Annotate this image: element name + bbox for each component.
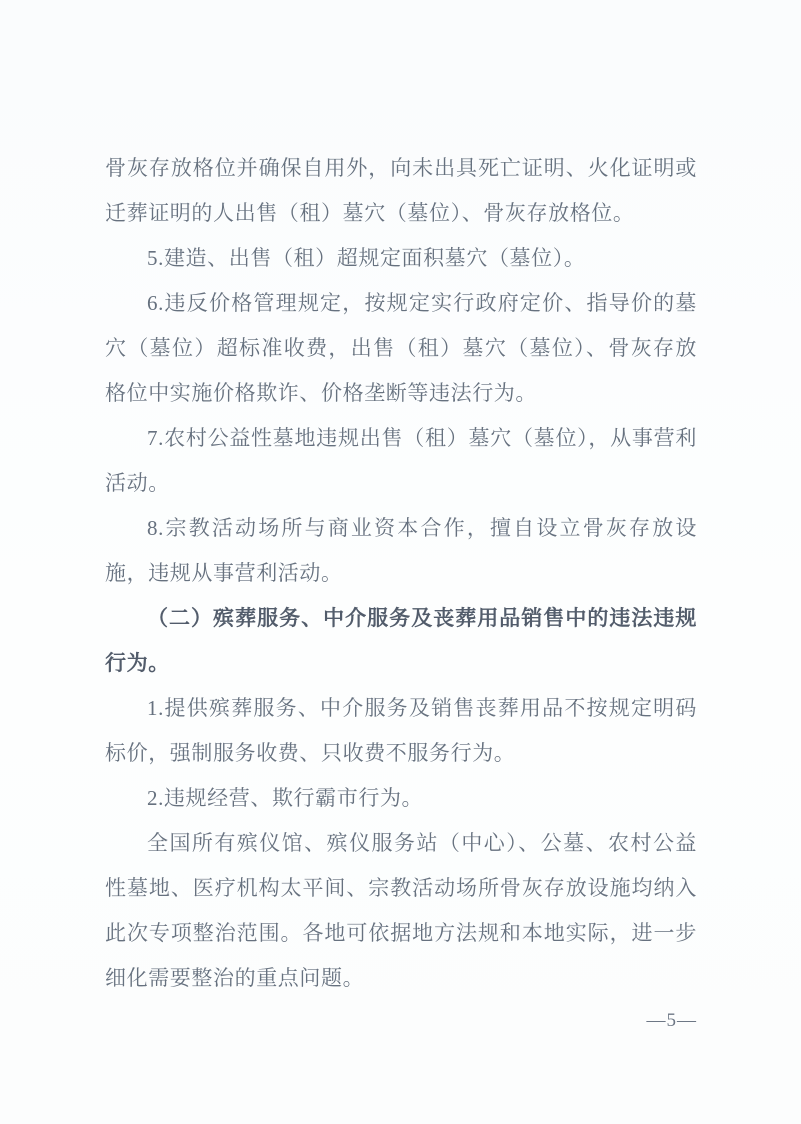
paragraph-item-2: 2.违规经营、欺行霸市行为。 (105, 776, 697, 821)
paragraph-continuation: 骨灰存放格位并确保自用外，向未出具死亡证明、火化证明或迁葬证明的人出售（租）墓穴… (105, 146, 697, 236)
document-body: 骨灰存放格位并确保自用外，向未出具死亡证明、火化证明或迁葬证明的人出售（租）墓穴… (105, 146, 697, 1001)
document-page: 骨灰存放格位并确保自用外，向未出具死亡证明、火化证明或迁葬证明的人出售（租）墓穴… (0, 0, 801, 1124)
page-number: —5— (647, 1010, 698, 1032)
section-heading-2: （二）殡葬服务、中介服务及丧葬用品销售中的违法违规行为。 (105, 596, 697, 686)
paragraph-item-6: 6.违反价格管理规定，按规定实行政府定价、指导价的墓穴（墓位）超标准收费，出售（… (105, 281, 697, 416)
paragraph-item-1: 1.提供殡葬服务、中介服务及销售丧葬用品不按规定明码标价，强制服务收费、只收费不… (105, 686, 697, 776)
paragraph-item-8: 8.宗教活动场所与商业资本合作，擅自设立骨灰存放设施，违规从事营利活动。 (105, 506, 697, 596)
paragraph-scope: 全国所有殡仪馆、殡仪服务站（中心）、公墓、农村公益性墓地、医疗机构太平间、宗教活… (105, 821, 697, 1001)
paragraph-item-5: 5.建造、出售（租）超规定面积墓穴（墓位）。 (105, 236, 697, 281)
paragraph-item-7: 7.农村公益性墓地违规出售（租）墓穴（墓位），从事营利活动。 (105, 416, 697, 506)
